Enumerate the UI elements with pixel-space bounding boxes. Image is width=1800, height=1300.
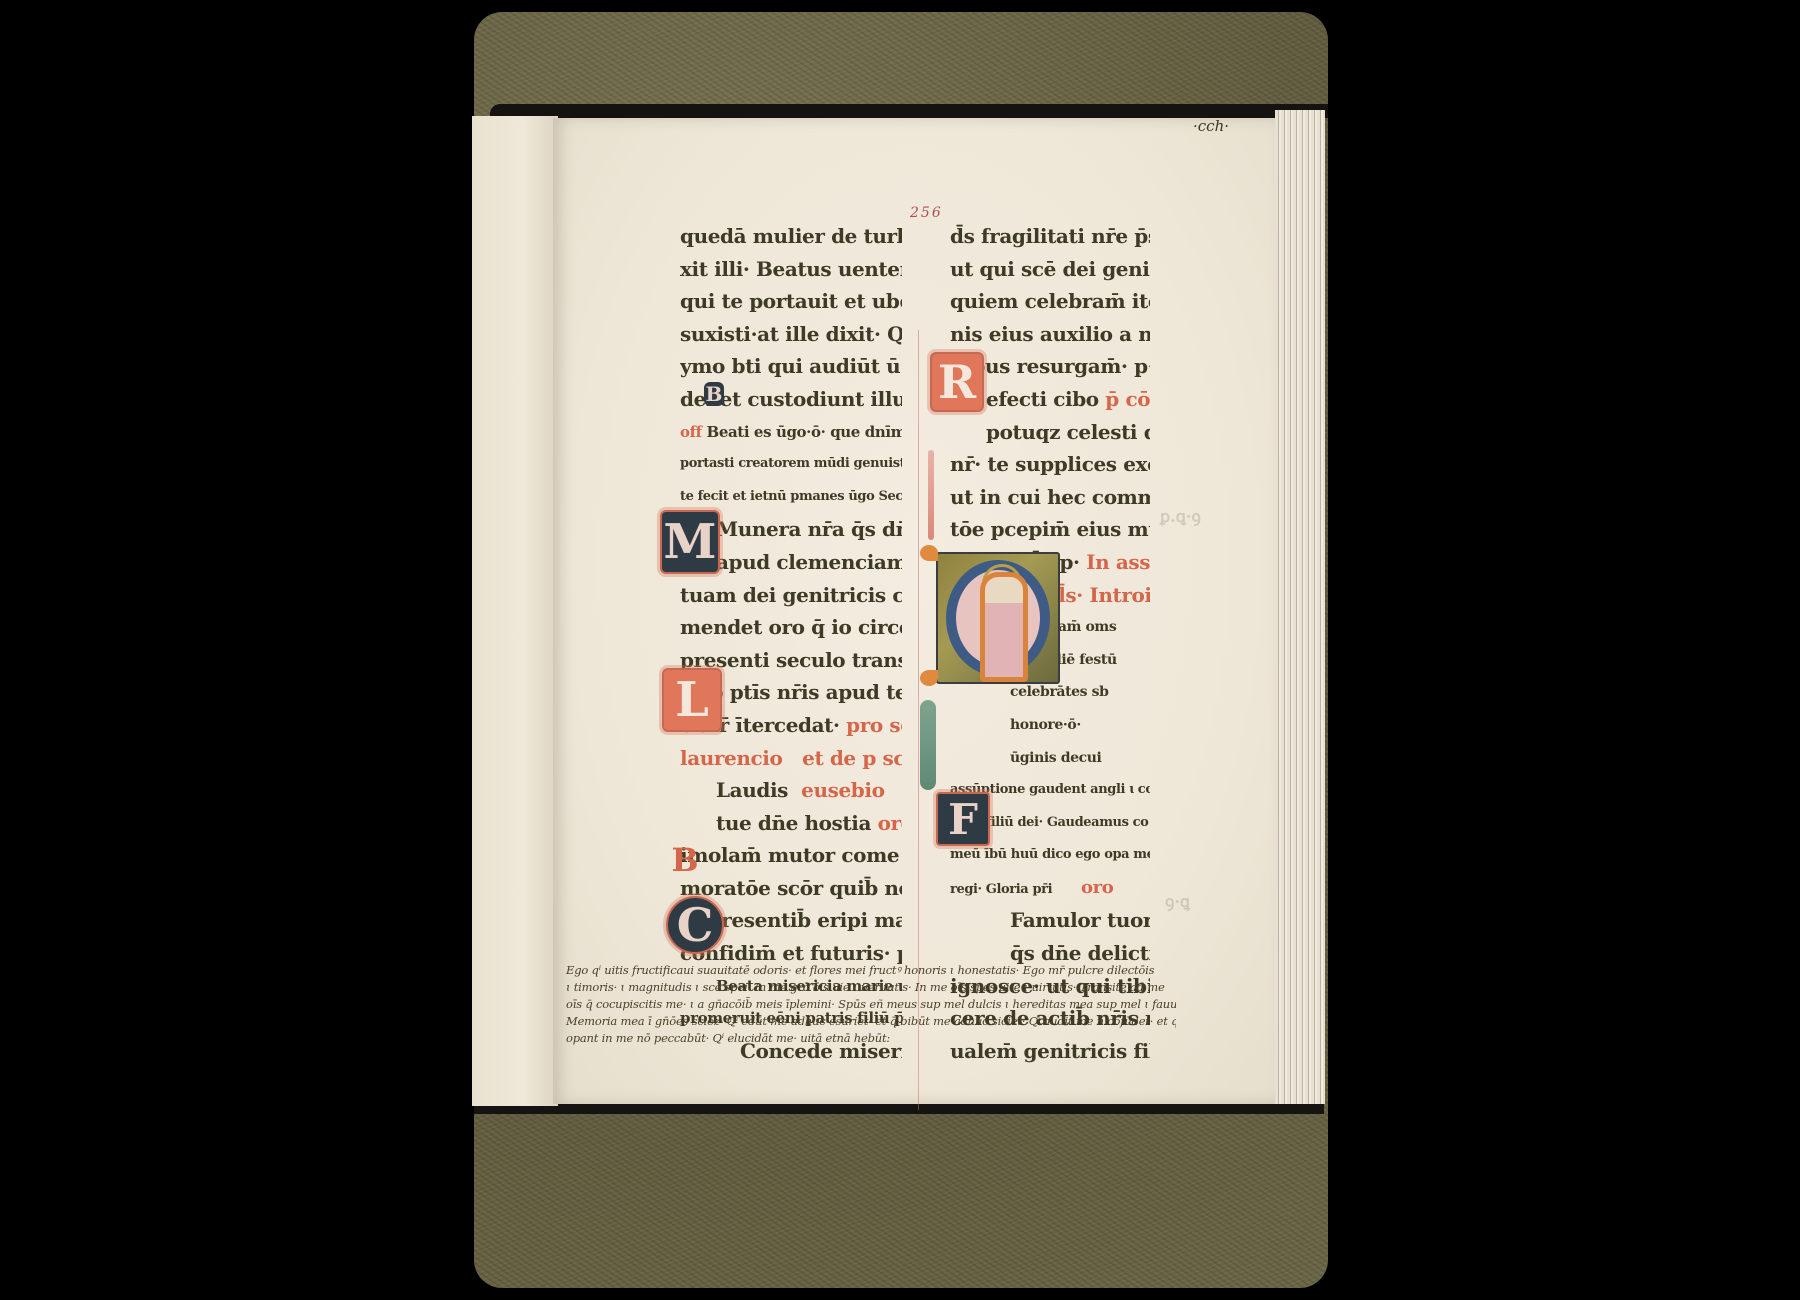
rubric-laurencio: laurencio <box>680 746 782 770</box>
text-line: Laudis eusebio <box>680 774 902 807</box>
rubric-pro-sco: pro scō <box>846 713 902 737</box>
rubric-oro: oro <box>1081 877 1113 898</box>
text-line: suxisti·at ille dixit· Qui <box>680 318 902 351</box>
marginal-flourish <box>928 450 934 540</box>
bottom-text-block: Ego qⁱ uitis fructificaui suauitatē odor… <box>566 962 1176 1047</box>
rubric-oro: oro <box>878 811 902 835</box>
text-line: portasti creatorem mūdi genuisti q̄ <box>680 448 902 481</box>
text-line: opant in me nō peccabūt· Qⁱ elucidāt me·… <box>566 1030 1176 1047</box>
historiated-initial-virgin <box>936 552 1060 684</box>
text-line: tue dn̄e hostia oro <box>680 807 902 840</box>
initial-r: R <box>930 352 984 412</box>
initial-b-small: B <box>704 382 724 406</box>
rubric-p-com: p̄ cōm <box>1105 387 1150 411</box>
text-line: nis eius auxilio a nr̄is īiqui <box>950 318 1150 351</box>
top-shadow <box>490 104 1328 118</box>
bottom-shadow <box>474 1104 1324 1114</box>
text-line: Ego qⁱ uitis fructificaui suauitatē odor… <box>566 962 1176 979</box>
text-line: imolam̄ mutor come <box>680 839 902 872</box>
initial-m: M <box>660 510 720 574</box>
rubric-offertory: off <box>680 423 702 441</box>
text-span: Beati es ūgo·ō· que dnīm <box>707 423 902 441</box>
text-line: quedā mulier de turba di <box>680 220 902 253</box>
text-line: tōe pcepim̄ eius muniam̄ <box>950 513 1150 546</box>
initial-c: C <box>666 896 724 954</box>
text-line: ut in cui̇ hec commemora <box>950 481 1150 514</box>
text-line: Famulor tuor <box>950 904 1150 937</box>
text-line: off Beati es ūgo·ō· que dnīm <box>680 416 902 449</box>
text-line: ūginis decui <box>950 742 1150 775</box>
rubric-in-assumptione: In assūptōe <box>1086 550 1150 574</box>
orange-leaf-ornament <box>920 670 938 686</box>
text-line: honore·ō· <box>950 709 1150 742</box>
text-line: ut qui scē dei genitricis re <box>950 253 1150 286</box>
text-line: te fecit et ietnū pmanes ūgo Sec <box>680 481 902 514</box>
text-line: Memoria mea ī gn̄ōes sclōz· Qⁱ edūt me a… <box>566 1013 1176 1030</box>
text-line: xit illi· Beatus uenter <box>680 253 902 286</box>
text-line: regi· Gloria pr̄i oro <box>950 872 1150 905</box>
text-line: qui te portauit et ubera q̄ <box>680 285 902 318</box>
orange-leaf-ornament <box>920 545 938 561</box>
initial-l: L <box>662 668 722 732</box>
text-line: ɩ timoris· ɩ magnitudis ɩ scē spei· In m… <box>566 979 1176 996</box>
page-edges <box>1275 110 1325 1104</box>
offset-ghost-text: ꝯ·ꝗ <box>1165 890 1190 912</box>
text-line: potuqz celesti d̄s <box>950 416 1150 449</box>
initial-f: F <box>936 792 990 846</box>
page-number: 256 <box>910 205 943 221</box>
green-dragon-ornament <box>920 700 936 790</box>
virgin-figure <box>980 572 1028 682</box>
rubric-line: laurencio et de p scō <box>680 742 902 775</box>
text-line: nr̄· te supplices exoramus <box>950 448 1150 481</box>
offset-ghost-text: ꝑ.ꝗ·ꝯ <box>1160 505 1201 527</box>
text-line: oīs q̄ cocupiscitis me· ɩ a gn̄acōib̄ me… <box>566 996 1176 1013</box>
initial-b: B <box>668 842 702 878</box>
left-page-gutter <box>472 116 558 1106</box>
text-line: ymo bti qui audiūt ū bi <box>680 350 902 383</box>
text-line: tuam dei genitricis con <box>680 579 902 612</box>
text-line: d̄s fragilitati nr̄e p̄sidiū <box>950 220 1150 253</box>
rubric-et-de: et de p scō <box>802 746 902 770</box>
manuscript-page <box>553 118 1275 1104</box>
text-line: mendet oro q̄ io circo de <box>680 611 902 644</box>
text-line: quiem celebram̄ itercessio <box>950 285 1150 318</box>
rubric-eusebio: eusebio <box>801 778 884 802</box>
folio-number: ·cch· <box>1193 117 1229 135</box>
